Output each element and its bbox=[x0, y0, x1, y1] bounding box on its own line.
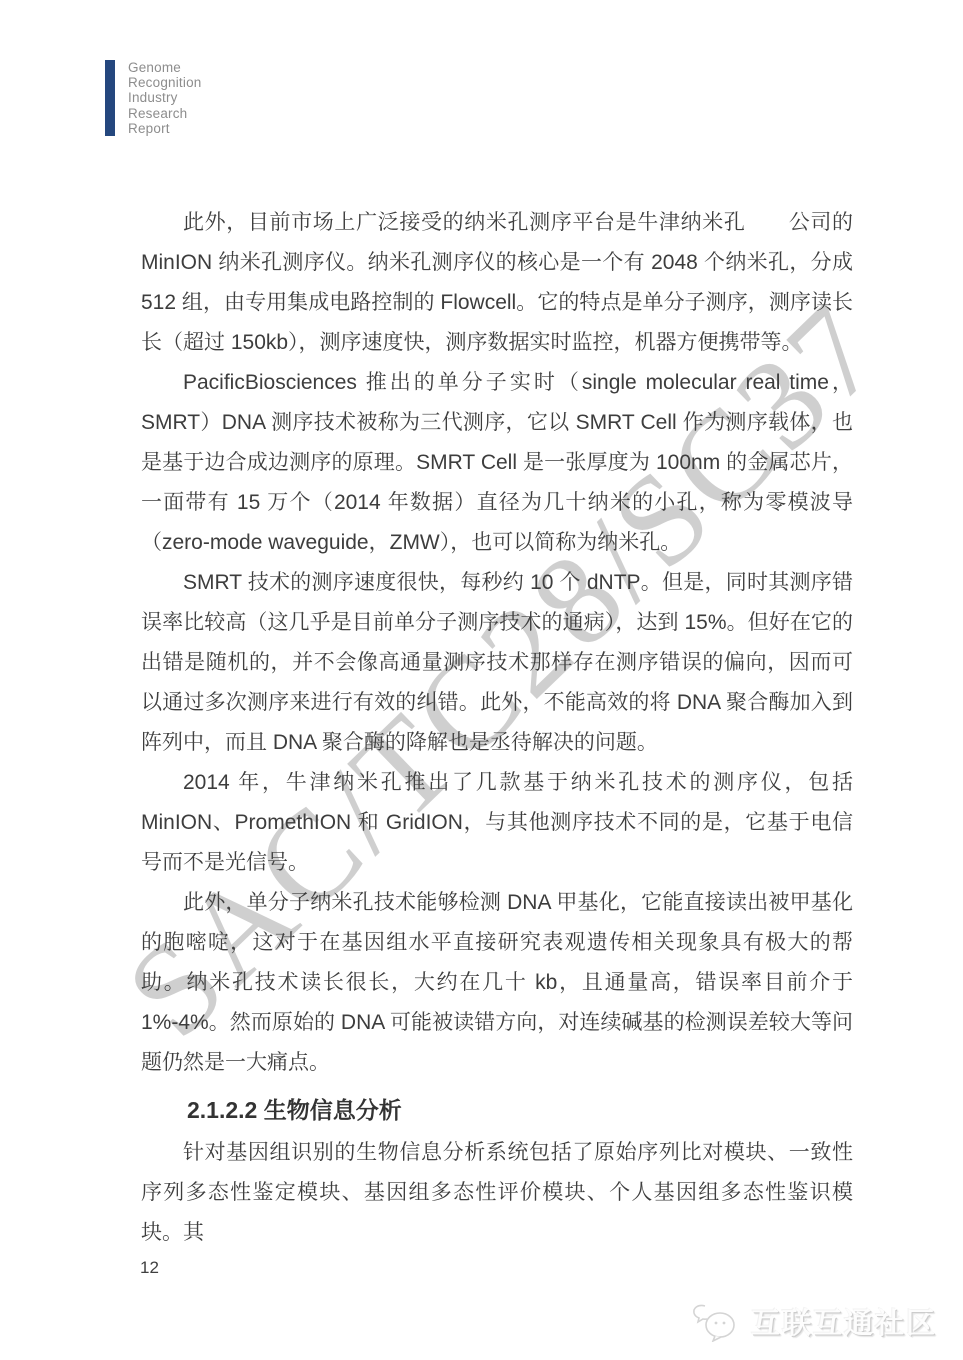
paragraph: 此外，目前市场上广泛接受的纳米孔测序平台是牛津纳米孔 公司的 MinION 纳米… bbox=[141, 203, 853, 363]
report-title-line: Report bbox=[128, 121, 202, 136]
community-logo: 互联互通社区 bbox=[691, 1301, 937, 1342]
paragraph: 针对基因组识别的生物信息分析系统包括了原始序列比对模块、一致性序列多态性鉴定模块… bbox=[141, 1133, 853, 1253]
page-number: 12 bbox=[140, 1258, 159, 1278]
report-title-line: Genome bbox=[128, 60, 202, 75]
document-page: Genome Recognition Industry Research Rep… bbox=[0, 0, 963, 1360]
report-title-line: Industry bbox=[128, 90, 202, 105]
paragraph: 此外，单分子纳米孔技术能够检测 DNA 甲基化，它能直接读出被甲基化的胞嘧啶，这… bbox=[141, 883, 853, 1083]
report-title: Genome Recognition Industry Research Rep… bbox=[128, 60, 202, 136]
paragraph: SMRT 技术的测序速度很快，每秒约 10 个 dNTP。但是，同时其测序错误率… bbox=[141, 563, 853, 763]
chat-bubbles-icon bbox=[691, 1302, 743, 1342]
community-logo-text: 互联互通社区 bbox=[751, 1301, 937, 1342]
header-accent-bar bbox=[105, 60, 115, 136]
paragraph: 2014 年，牛津纳米孔推出了几款基于纳米孔技术的测序仪，包括 MinION、P… bbox=[141, 763, 853, 883]
section-heading: 2.1.2.2 生物信息分析 bbox=[141, 1089, 853, 1131]
report-header: Genome Recognition Industry Research Rep… bbox=[105, 60, 202, 136]
paragraph: PacificBiosciences 推出的单分子实时（single molec… bbox=[141, 363, 853, 563]
report-title-line: Recognition bbox=[128, 75, 202, 90]
report-title-line: Research bbox=[128, 106, 202, 121]
document-body: 此外，目前市场上广泛接受的纳米孔测序平台是牛津纳米孔 公司的 MinION 纳米… bbox=[141, 203, 853, 1253]
